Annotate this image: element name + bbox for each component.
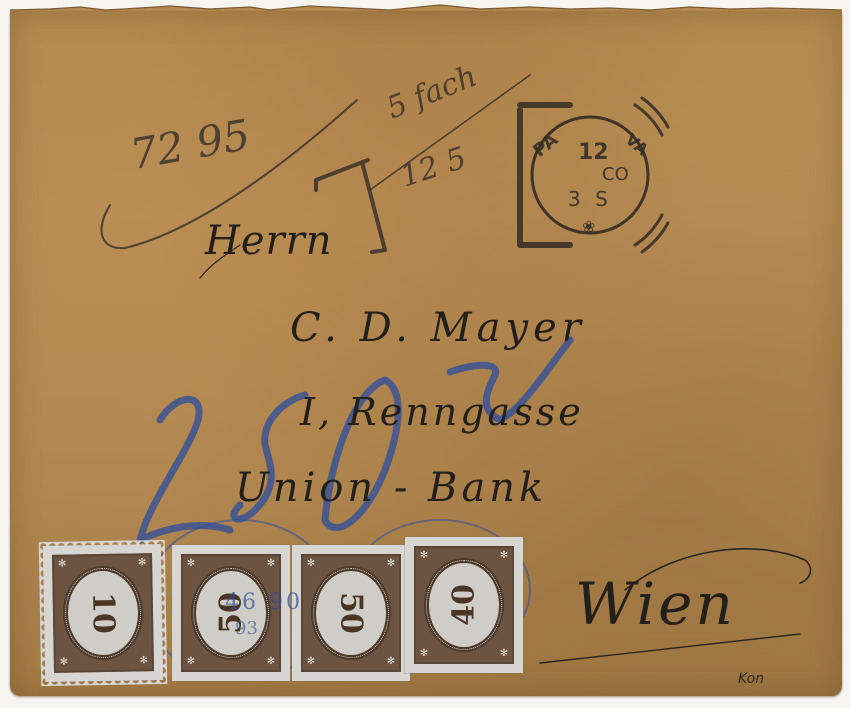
- stamp-value: 40: [447, 557, 482, 653]
- postmark-day: 12: [578, 140, 609, 165]
- postmark-line2: CO: [602, 164, 629, 185]
- postage-due-stamp-3: ✻ ✻ ✻ ✻ 50: [292, 545, 410, 681]
- postage-due-stamp-1: ✻ ✻ ✻ ✻ 10: [43, 544, 163, 682]
- address-city: Wien: [575, 570, 736, 638]
- stamp-value: 10: [85, 565, 122, 662]
- cancel-year: 93: [235, 618, 258, 639]
- stamp-value: 50: [334, 565, 369, 661]
- wien-underline: [540, 634, 800, 663]
- cancel-date: 46 90: [225, 590, 303, 615]
- address-salutation: Herrn: [205, 218, 333, 264]
- postmark-line3: 3 S: [568, 187, 612, 211]
- postage-due-stamp-4: ✻ ✻ ✻ ✻ 40: [405, 537, 523, 673]
- postmark-ornament: ❀: [582, 217, 595, 236]
- corner-pencil-note: Kon: [738, 671, 764, 687]
